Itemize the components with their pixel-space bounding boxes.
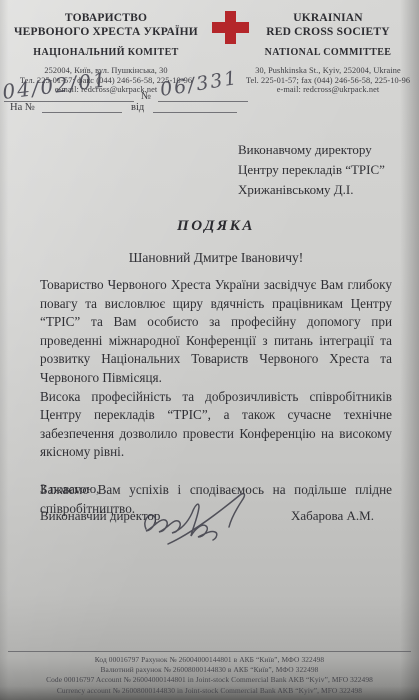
reply-from-label: від (131, 102, 144, 113)
phone-en: Tel. 225-01-57; fax (044) 246-56-58, 225… (240, 76, 416, 86)
org-name-en-line1: UKRAINIAN (240, 12, 416, 26)
recipient-block: Виконавчому директору Центру перекладів … (238, 140, 385, 200)
signature (140, 487, 260, 549)
number-label: № (141, 91, 151, 102)
header-english: UKRAINIAN RED CROSS SOCIETY NATIONAL COM… (240, 12, 416, 95)
blank-line-reply-number (42, 100, 122, 113)
footer-divider (8, 651, 411, 652)
address-en: 30, Pushkinska St., Kyiv, 252004, Ukrain… (240, 66, 416, 76)
committee-uk: НАЦІОНАЛЬНИЙ КОМІТЕТ (8, 47, 204, 58)
scanned-letter-page: ТОВАРИСТВО ЧЕРВОНОГО ХРЕСТА УКРАЇНИ НАЦІ… (0, 0, 419, 700)
footer-line-uk-2: Валютний рахунок № 26008000144830 в АКБ … (0, 665, 419, 675)
recipient-line-2: Центру перекладів “ТРІС” (238, 160, 385, 180)
footer-bank-details: Код 00016797 Рахунок № 26004000144801 в … (0, 655, 419, 696)
recipient-line-3: Хрижанівському Д.І. (238, 180, 385, 200)
reply-label: На № (10, 102, 35, 113)
recipient-line-1: Виконавчому директору (238, 140, 385, 160)
letter-title: ПОДЯКА (40, 218, 392, 235)
footer-line-en-2: Currency account № 26008000144830 in Joi… (0, 686, 419, 696)
org-name-en-line2: RED CROSS SOCIETY (240, 26, 416, 40)
footer-line-uk-1: Код 00016797 Рахунок № 26004000144801 в … (0, 655, 419, 665)
org-name-uk-line1: ТОВАРИСТВО (8, 12, 204, 26)
footer-line-en-1: Code 00016797 Account № 26004000144801 i… (0, 675, 419, 685)
signer-name: Хабарова А.М. (291, 508, 392, 524)
email-en: e-mail: redcross@ukrpack.net (240, 85, 416, 95)
paragraph-2: Висока професійність та доброзичливість … (40, 388, 392, 462)
closing: З повагою, (40, 481, 99, 497)
salutation: Шановний Дмитре Івановичу! (40, 250, 392, 266)
blank-line-reply-date (153, 100, 237, 113)
org-name-uk-line2: ЧЕРВОНОГО ХРЕСТА УКРАЇНИ (8, 26, 204, 40)
committee-en: NATIONAL COMMITTEE (240, 47, 416, 58)
paragraph-1: Товариство Червоного Хреста України засв… (40, 276, 392, 388)
